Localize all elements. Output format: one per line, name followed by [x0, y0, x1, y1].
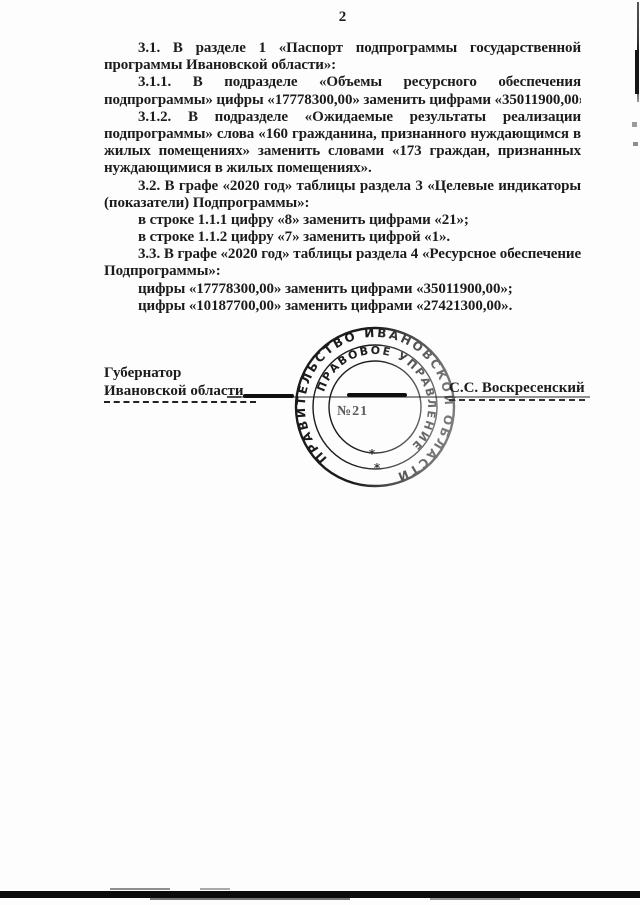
doc-text-line: подпрограммы» цифры «17778300,00» замени…: [104, 92, 581, 109]
page-number: 2: [104, 9, 581, 26]
doc-text-line: программы Ивановской области»:: [104, 57, 581, 74]
doc-text-line: в строке 1.1.2 цифру «7» заменить цифрой…: [104, 229, 581, 246]
doc-text-line: подпрограммы» слова «160 гражданина, при…: [104, 126, 581, 143]
signer-name: С.С. Воскресенский: [449, 380, 585, 401]
scan-artifact-right-edge: [635, 50, 639, 94]
doc-text-line: 3.1.2. В подразделе «Ожидаемые результат…: [104, 109, 581, 126]
doc-text-line: в строке 1.1.1 цифру «8» заменить цифрам…: [104, 212, 581, 229]
scan-artifact-bottom-bar: [0, 891, 640, 898]
stamp-separator-star-icon: *: [369, 447, 376, 461]
stamp-graphic: ПРАВИТЕЛЬСТВО ИВАНОВСКОЙ ОБЛАСТИ ПРАВОВО…: [294, 326, 457, 486]
scanned-document-page: 2 3.1. В разделе 1 «Паспорт подпрограммы…: [0, 0, 640, 905]
signer-title-line1: Губернатор: [104, 365, 181, 382]
stamp-separator-star-icon: *: [374, 461, 381, 475]
scan-artifact-bottom-line: [150, 898, 350, 900]
signer-title-line2: Ивановской области: [104, 383, 256, 403]
doc-text-line: цифры «17778300,00» заменить цифрами «35…: [104, 281, 581, 298]
doc-text-line: 3.1. В разделе 1 «Паспорт подпрограммы г…: [104, 40, 581, 57]
doc-text-line: нуждающимися в жилых помещениях».: [104, 160, 581, 177]
scan-artifact-speck: [110, 888, 170, 890]
doc-text-line: жилых помещениях» заменить словами «173 …: [104, 143, 581, 160]
doc-text-line: 3.1.1. В подразделе «Объемы ресурсного о…: [104, 74, 581, 91]
scan-artifact-speck: [200, 888, 230, 890]
doc-text-line: 3.3. В графе «2020 год» таблицы раздела …: [104, 246, 581, 263]
doc-text-line: (показатели) Подпрограммы»:: [104, 195, 581, 212]
stamp-center-number: №21: [337, 404, 368, 419]
signature-ink-stroke: [347, 393, 407, 397]
official-round-stamp: ПРАВИТЕЛЬСТВО ИВАНОВСКОЙ ОБЛАСТИ ПРАВОВО…: [280, 312, 470, 502]
doc-text-line: 3.2. В графе «2020 год» таблицы раздела …: [104, 178, 581, 195]
scan-artifact-tick: [633, 142, 638, 146]
scan-artifact-tick: [632, 122, 637, 127]
scan-artifact-bottom-line: [430, 898, 520, 900]
document-body: 3.1. В разделе 1 «Паспорт подпрограммы г…: [104, 40, 581, 315]
doc-text-line: Подпрограммы»:: [104, 263, 581, 280]
